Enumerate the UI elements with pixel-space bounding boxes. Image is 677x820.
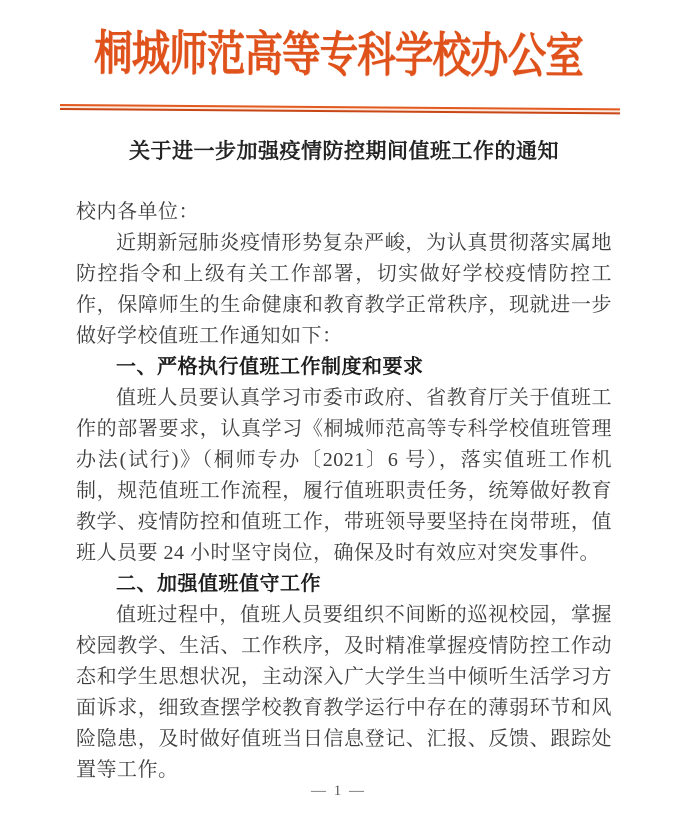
section-2-body: 值班过程中，值班人员要组织不间断的巡视校园，掌握校园教学、生活、工作秩序，及时精… (76, 600, 612, 786)
document-page: 桐城师范高等专科学校办公室 关于进一步加强疫情防控期间值班工作的通知 校内各单位… (0, 0, 677, 820)
letterhead-title: 桐城师范高等专科学校办公室 (94, 28, 583, 84)
salutation: 校内各单位： (76, 197, 612, 228)
section-1-heading: 一、严格执行值班工作制度和要求 (76, 352, 612, 383)
red-divider-line (60, 104, 620, 114)
section-2-heading: 二、加强值班值守工作 (76, 569, 612, 600)
section-1-body: 值班人员要认真学习市委市政府、省教育厅关于值班工作的部署要求，认真学习《桐城师范… (76, 383, 612, 569)
document-body: 关于进一步加强疫情防控期间值班工作的通知 校内各单位： 近期新冠肺炎疫情形势复杂… (76, 130, 612, 786)
page-number: — 1 — (0, 783, 677, 800)
intro-paragraph: 近期新冠肺炎疫情形势复杂严峻，为认真贯彻落实属地防控指令和上级有关工作部署，切实… (76, 228, 612, 352)
document-title: 关于进一步加强疫情防控期间值班工作的通知 (76, 136, 612, 167)
letterhead: 桐城师范高等专科学校办公室 (0, 30, 677, 83)
